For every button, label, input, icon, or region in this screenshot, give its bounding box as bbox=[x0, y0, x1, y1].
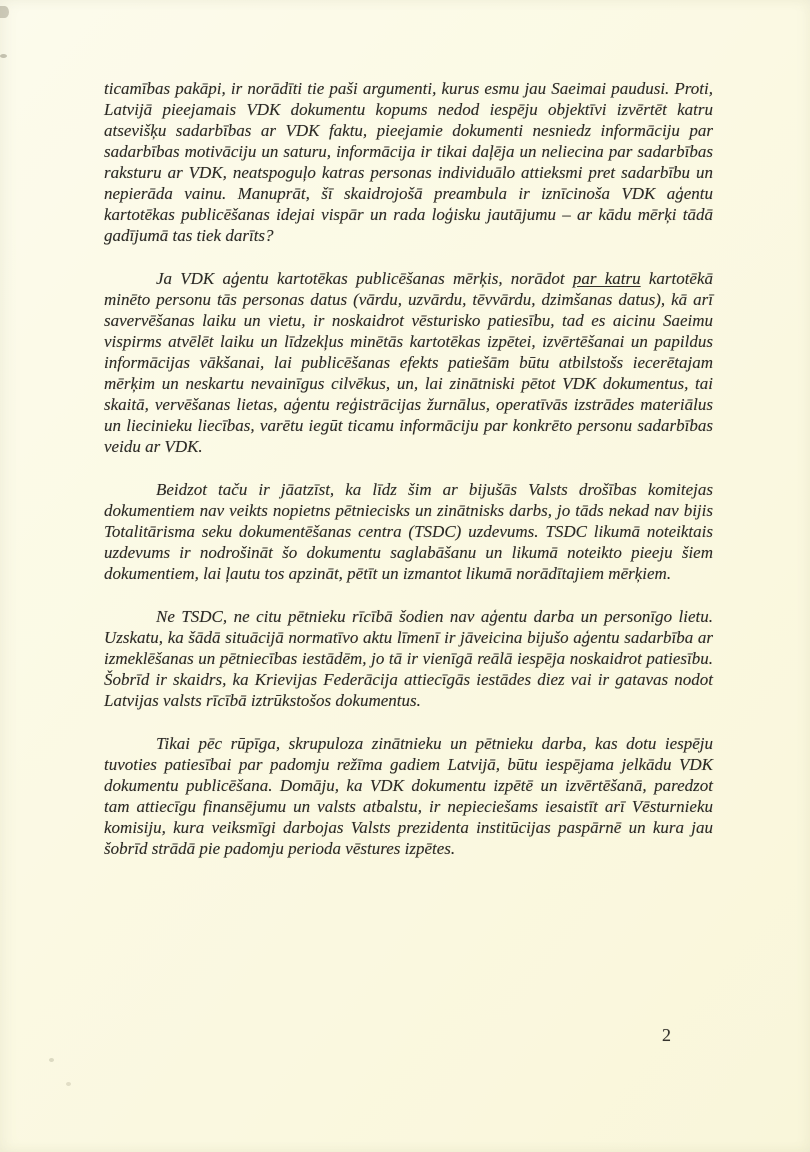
scan-artifact bbox=[0, 54, 7, 58]
page-number: 2 bbox=[662, 1025, 671, 1046]
scan-artifact bbox=[0, 6, 9, 18]
paragraph: Ja VDK aģentu kartotēkas publicēšanas mē… bbox=[104, 268, 713, 457]
paragraph: Ne TSDC, ne citu pētnieku rīcībā šodien … bbox=[104, 606, 713, 711]
paragraph: Beidzot taču ir jāatzīst, ka līdz šim ar… bbox=[104, 479, 713, 584]
document-body: ticamības pakāpi, ir norādīti tie paši a… bbox=[104, 78, 713, 881]
paragraph: ticamības pakāpi, ir norādīti tie paši a… bbox=[104, 78, 713, 246]
paragraph-text: Tikai pēc rūpīga, skrupuloza zinātnieku … bbox=[104, 734, 713, 858]
scan-artifact bbox=[66, 1082, 71, 1086]
paragraph-text: ticamības pakāpi, ir norādīti tie paši a… bbox=[104, 79, 713, 245]
paragraph: Tikai pēc rūpīga, skrupuloza zinātnieku … bbox=[104, 733, 713, 859]
underlined-phrase: par katru bbox=[573, 269, 641, 288]
scanned-page: ticamības pakāpi, ir norādīti tie paši a… bbox=[0, 0, 810, 1152]
paragraph-text: Ne TSDC, ne citu pētnieku rīcībā šodien … bbox=[104, 607, 713, 710]
paragraph-text: kartotēkā minēto personu tās personas da… bbox=[104, 269, 713, 456]
paragraph-text: Ja VDK aģentu kartotēkas publicēšanas mē… bbox=[156, 269, 573, 288]
paragraph-text: Beidzot taču ir jāatzīst, ka līdz šim ar… bbox=[104, 480, 713, 583]
scan-artifact bbox=[49, 1058, 54, 1062]
